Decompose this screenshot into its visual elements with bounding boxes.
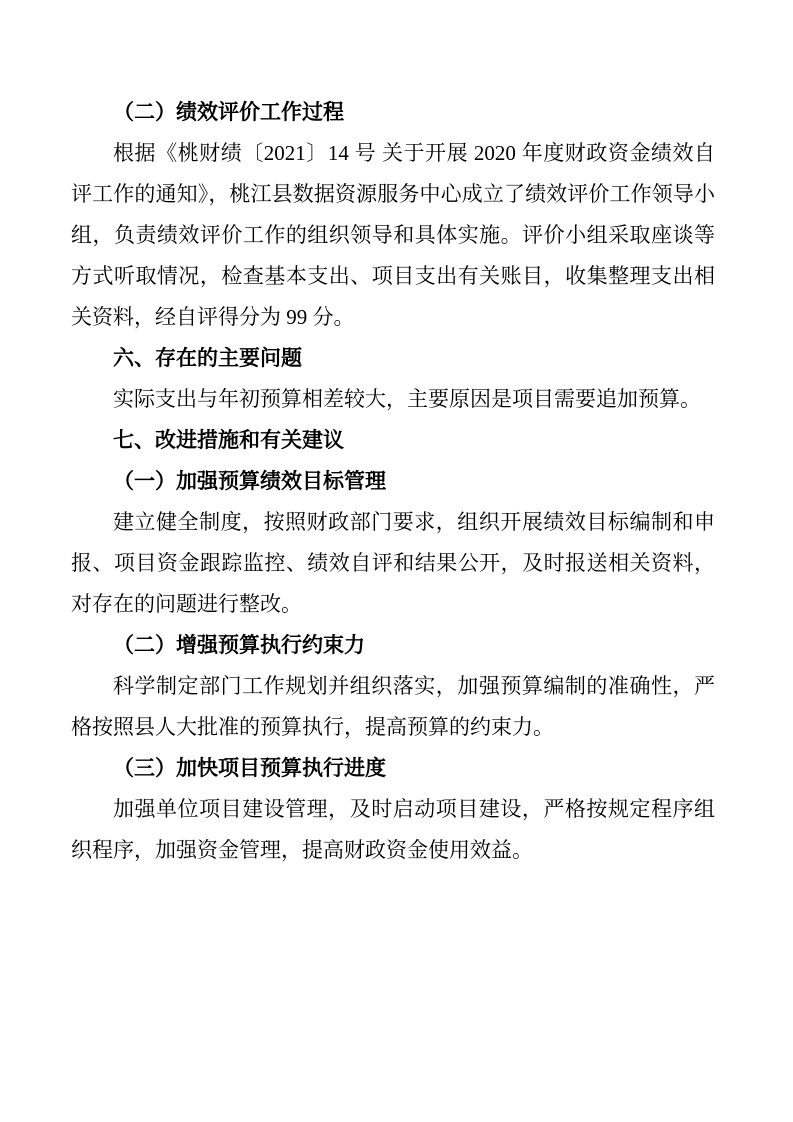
heading-improvement-suggestions: 七、改进措施和有关建议: [71, 420, 715, 461]
document-content: （二）绩效评价工作过程 根据《桃财绩〔2021〕14 号 关于开展 2020 年…: [0, 0, 793, 871]
heading-enhance-budget-constraint: （二）增强预算执行约束力: [71, 625, 715, 666]
heading-main-problems: 六、存在的主要问题: [71, 338, 715, 379]
heading-strengthen-target-management: （一）加强预算绩效目标管理: [71, 461, 715, 502]
paragraph-evaluation-process: 根据《桃财绩〔2021〕14 号 关于开展 2020 年度财政资金绩效自评工作的…: [71, 133, 715, 338]
document-page: （二）绩效评价工作过程 根据《桃财绩〔2021〕14 号 关于开展 2020 年…: [0, 0, 793, 1122]
paragraph-enhance-budget-constraint: 科学制定部门工作规划并组织落实，加强预算编制的准确性，严格按照县人大批准的预算执…: [71, 666, 715, 748]
paragraph-accelerate-budget-execution: 加强单位项目建设管理，及时启动项目建设，严格按规定程序组织程序，加强资金管理，提…: [71, 789, 715, 871]
heading-accelerate-budget-execution: （三）加快项目预算执行进度: [71, 748, 715, 789]
paragraph-strengthen-target-management: 建立健全制度，按照财政部门要求，组织开展绩效目标编制和申报、项目资金跟踪监控、绩…: [71, 502, 715, 625]
paragraph-main-problems: 实际支出与年初预算相差较大，主要原因是项目需要追加预算。: [71, 379, 715, 420]
heading-evaluation-process: （二）绩效评价工作过程: [71, 92, 715, 133]
